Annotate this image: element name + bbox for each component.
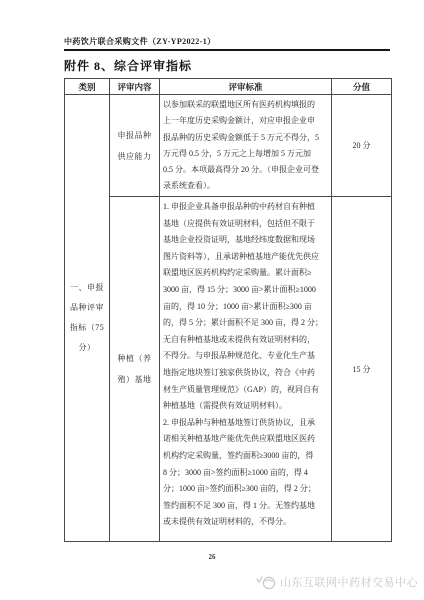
document-page: 中药饮片联合采购文件（ZY-YP2022-1） 附件 8、综合评审指标 类别 评…: [0, 0, 424, 600]
standard-cell-supply-capacity: 以参加联采的联盟地区所有医药机构填报的 上一年度历史采购金额计，对应申报企业申 …: [160, 95, 332, 197]
category-cell: 一、申报 品种评审 指标（75 分）: [65, 95, 110, 542]
col-header-content: 评审内容: [110, 79, 160, 95]
col-header-standard: 评审标准: [160, 79, 332, 95]
standard-text: 以参加联采的联盟地区所有医药机构填报的 上一年度历史采购金额计，对应申报企业申 …: [163, 97, 328, 195]
standard-text-item-1: 1. 申报企业具备申报品种的中药材自有种植 基地（应提供有效证明材料，包括但不限…: [163, 199, 328, 415]
table-row: 一、申报 品种评审 指标（75 分） 申报品种 供应能力 以参加联采的联盟地区所…: [65, 95, 392, 197]
page-number: 26: [0, 553, 424, 561]
table-header-row: 类别 评审内容 评审标准 分值: [65, 79, 392, 95]
score-cell-supply-capacity: 20 分: [332, 95, 392, 197]
col-header-category: 类别: [65, 79, 110, 95]
doc-header-title: 中药饮片联合采购文件（ZY-YP2022-1）: [64, 36, 390, 47]
watermark-text: 山东互联网中药材交易中心: [280, 574, 418, 590]
standard-text-item-2: 2. 申报品种与种植基地签订供货协议，且承 诺相关种植基地产能优先供应联盟地区医…: [163, 415, 328, 531]
content-cell-supply-capacity: 申报品种 供应能力: [110, 95, 160, 197]
table-row: 种植（养 殖）基地 1. 申报企业具备申报品种的中药材自有种植 基地（应提供有效…: [65, 197, 392, 542]
content-cell-planting-base: 种植（养 殖）基地: [110, 197, 160, 542]
trade-center-logo-icon: [255, 574, 277, 590]
evaluation-table: 类别 评审内容 评审标准 分值 一、申报 品种评审 指标（75 分） 申报品种 …: [64, 78, 392, 542]
header-rule: [64, 49, 390, 51]
watermark: 山东互联网中药材交易中心: [255, 574, 418, 590]
col-header-score: 分值: [332, 79, 392, 95]
page-title: 附件 8、综合评审指标: [64, 57, 192, 74]
standard-cell-planting-base: 1. 申报企业具备申报品种的中药材自有种植 基地（应提供有效证明材料，包括但不限…: [160, 197, 332, 542]
score-cell-planting-base: 15 分: [332, 197, 392, 542]
